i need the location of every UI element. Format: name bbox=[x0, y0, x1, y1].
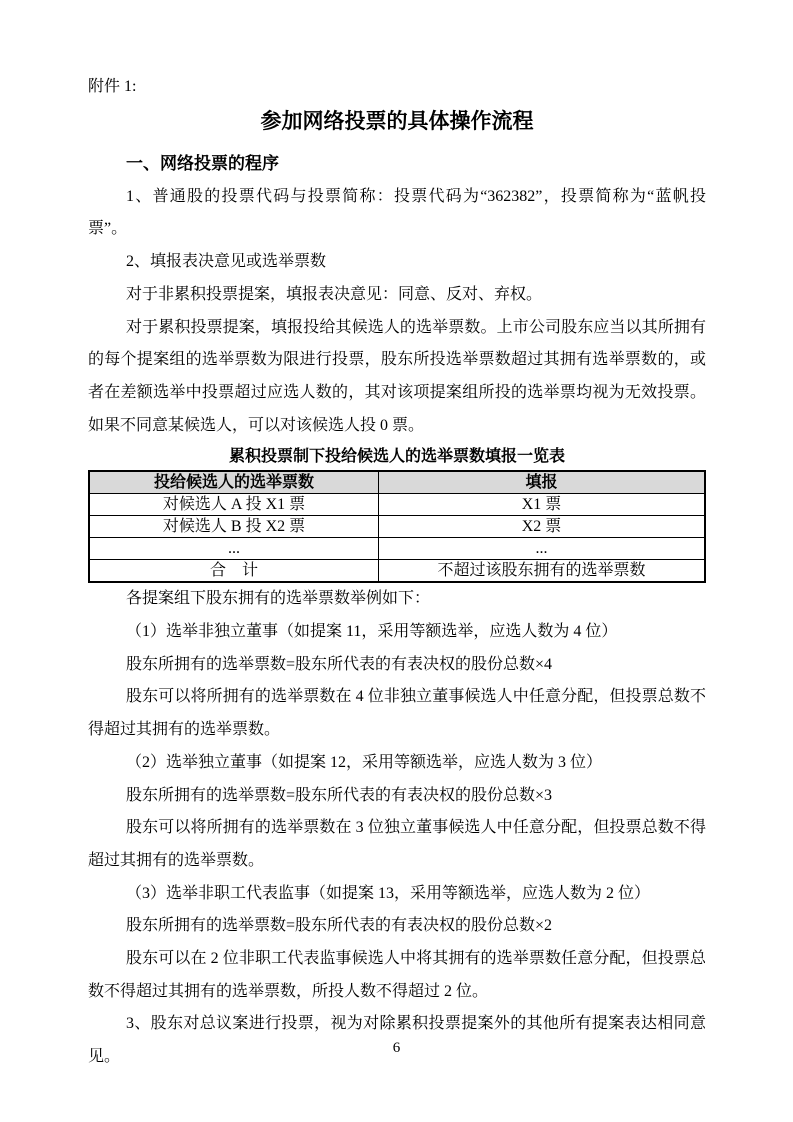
table-row: 合 计 不超过该股东拥有的选举票数 bbox=[89, 560, 705, 583]
body-paragraph: 2、填报表决意见或选举票数 bbox=[88, 246, 706, 279]
section-heading: 一、网络投票的程序 bbox=[88, 148, 706, 181]
table-cell: ... bbox=[379, 538, 705, 560]
body-paragraph: （3）选举非职工代表监事（如提案 13，采用等额选举，应选人数为 2 位） bbox=[88, 878, 706, 911]
table-cell: X2 票 bbox=[379, 516, 705, 538]
body-paragraph: 股东所拥有的选举票数=股东所代表的有表决权的股份总数×3 bbox=[88, 780, 706, 813]
body-paragraph: 1、普通股的投票代码与投票简称：投票代码为“362382”，投票简称为“蓝帆投票… bbox=[88, 181, 706, 246]
table-row: 对候选人 A 投 X1 票 X1 票 bbox=[89, 494, 705, 516]
table-cell: 对候选人 B 投 X2 票 bbox=[89, 516, 379, 538]
body-paragraph: 股东可以将所拥有的选举票数在 3 位独立董事候选人中任意分配，但投票总数不得超过… bbox=[88, 812, 706, 877]
body-paragraph: 股东可以在 2 位非职工代表监事候选人中将其拥有的选举票数任意分配，但投票总数不… bbox=[88, 943, 706, 1008]
table-cell: X1 票 bbox=[379, 494, 705, 516]
body-paragraph: 对于累积投票提案，填报投给其候选人的选举票数。上市公司股东应当以其所拥有的每个提… bbox=[88, 312, 706, 443]
vote-table: 投给候选人的选举票数 填报 对候选人 A 投 X1 票 X1 票 对候选人 B … bbox=[88, 470, 706, 583]
table-header-cell: 填报 bbox=[379, 471, 705, 494]
document-page: 附件 1: 参加网络投票的具体操作流程 一、网络投票的程序 1、普通股的投票代码… bbox=[0, 0, 793, 1122]
table-title: 累积投票制下投给候选人的选举票数填报一览表 bbox=[88, 442, 706, 470]
body-paragraph: （2）选举独立董事（如提案 12，采用等额选举，应选人数为 3 位） bbox=[88, 747, 706, 780]
document-title: 参加网络投票的具体操作流程 bbox=[88, 103, 706, 148]
table-row: 对候选人 B 投 X2 票 X2 票 bbox=[89, 516, 705, 538]
table-cell: 不超过该股东拥有的选举票数 bbox=[379, 560, 705, 583]
table-cell: ... bbox=[89, 538, 379, 560]
document-content: 附件 1: 参加网络投票的具体操作流程 一、网络投票的程序 1、普通股的投票代码… bbox=[88, 70, 706, 1074]
page-number: 6 bbox=[0, 1038, 793, 1058]
table-header-cell: 投给候选人的选举票数 bbox=[89, 471, 379, 494]
body-paragraph: 对于非累积投票提案，填报表决意见：同意、反对、弃权。 bbox=[88, 279, 706, 312]
table-cell: 合 计 bbox=[89, 560, 379, 583]
table-header-row: 投给候选人的选举票数 填报 bbox=[89, 471, 705, 494]
body-paragraph: 各提案组下股东拥有的选举票数举例如下： bbox=[88, 583, 706, 616]
attachment-label: 附件 1: bbox=[88, 70, 706, 103]
body-paragraph: 股东所拥有的选举票数=股东所代表的有表决权的股份总数×2 bbox=[88, 910, 706, 943]
table-row: ... ... bbox=[89, 538, 705, 560]
body-paragraph: 股东所拥有的选举票数=股东所代表的有表决权的股份总数×4 bbox=[88, 649, 706, 682]
table-cell: 对候选人 A 投 X1 票 bbox=[89, 494, 379, 516]
body-paragraph: 股东可以将所拥有的选举票数在 4 位非独立董事候选人中任意分配，但投票总数不得超… bbox=[88, 681, 706, 746]
body-paragraph: （1）选举非独立董事（如提案 11，采用等额选举，应选人数为 4 位） bbox=[88, 616, 706, 649]
